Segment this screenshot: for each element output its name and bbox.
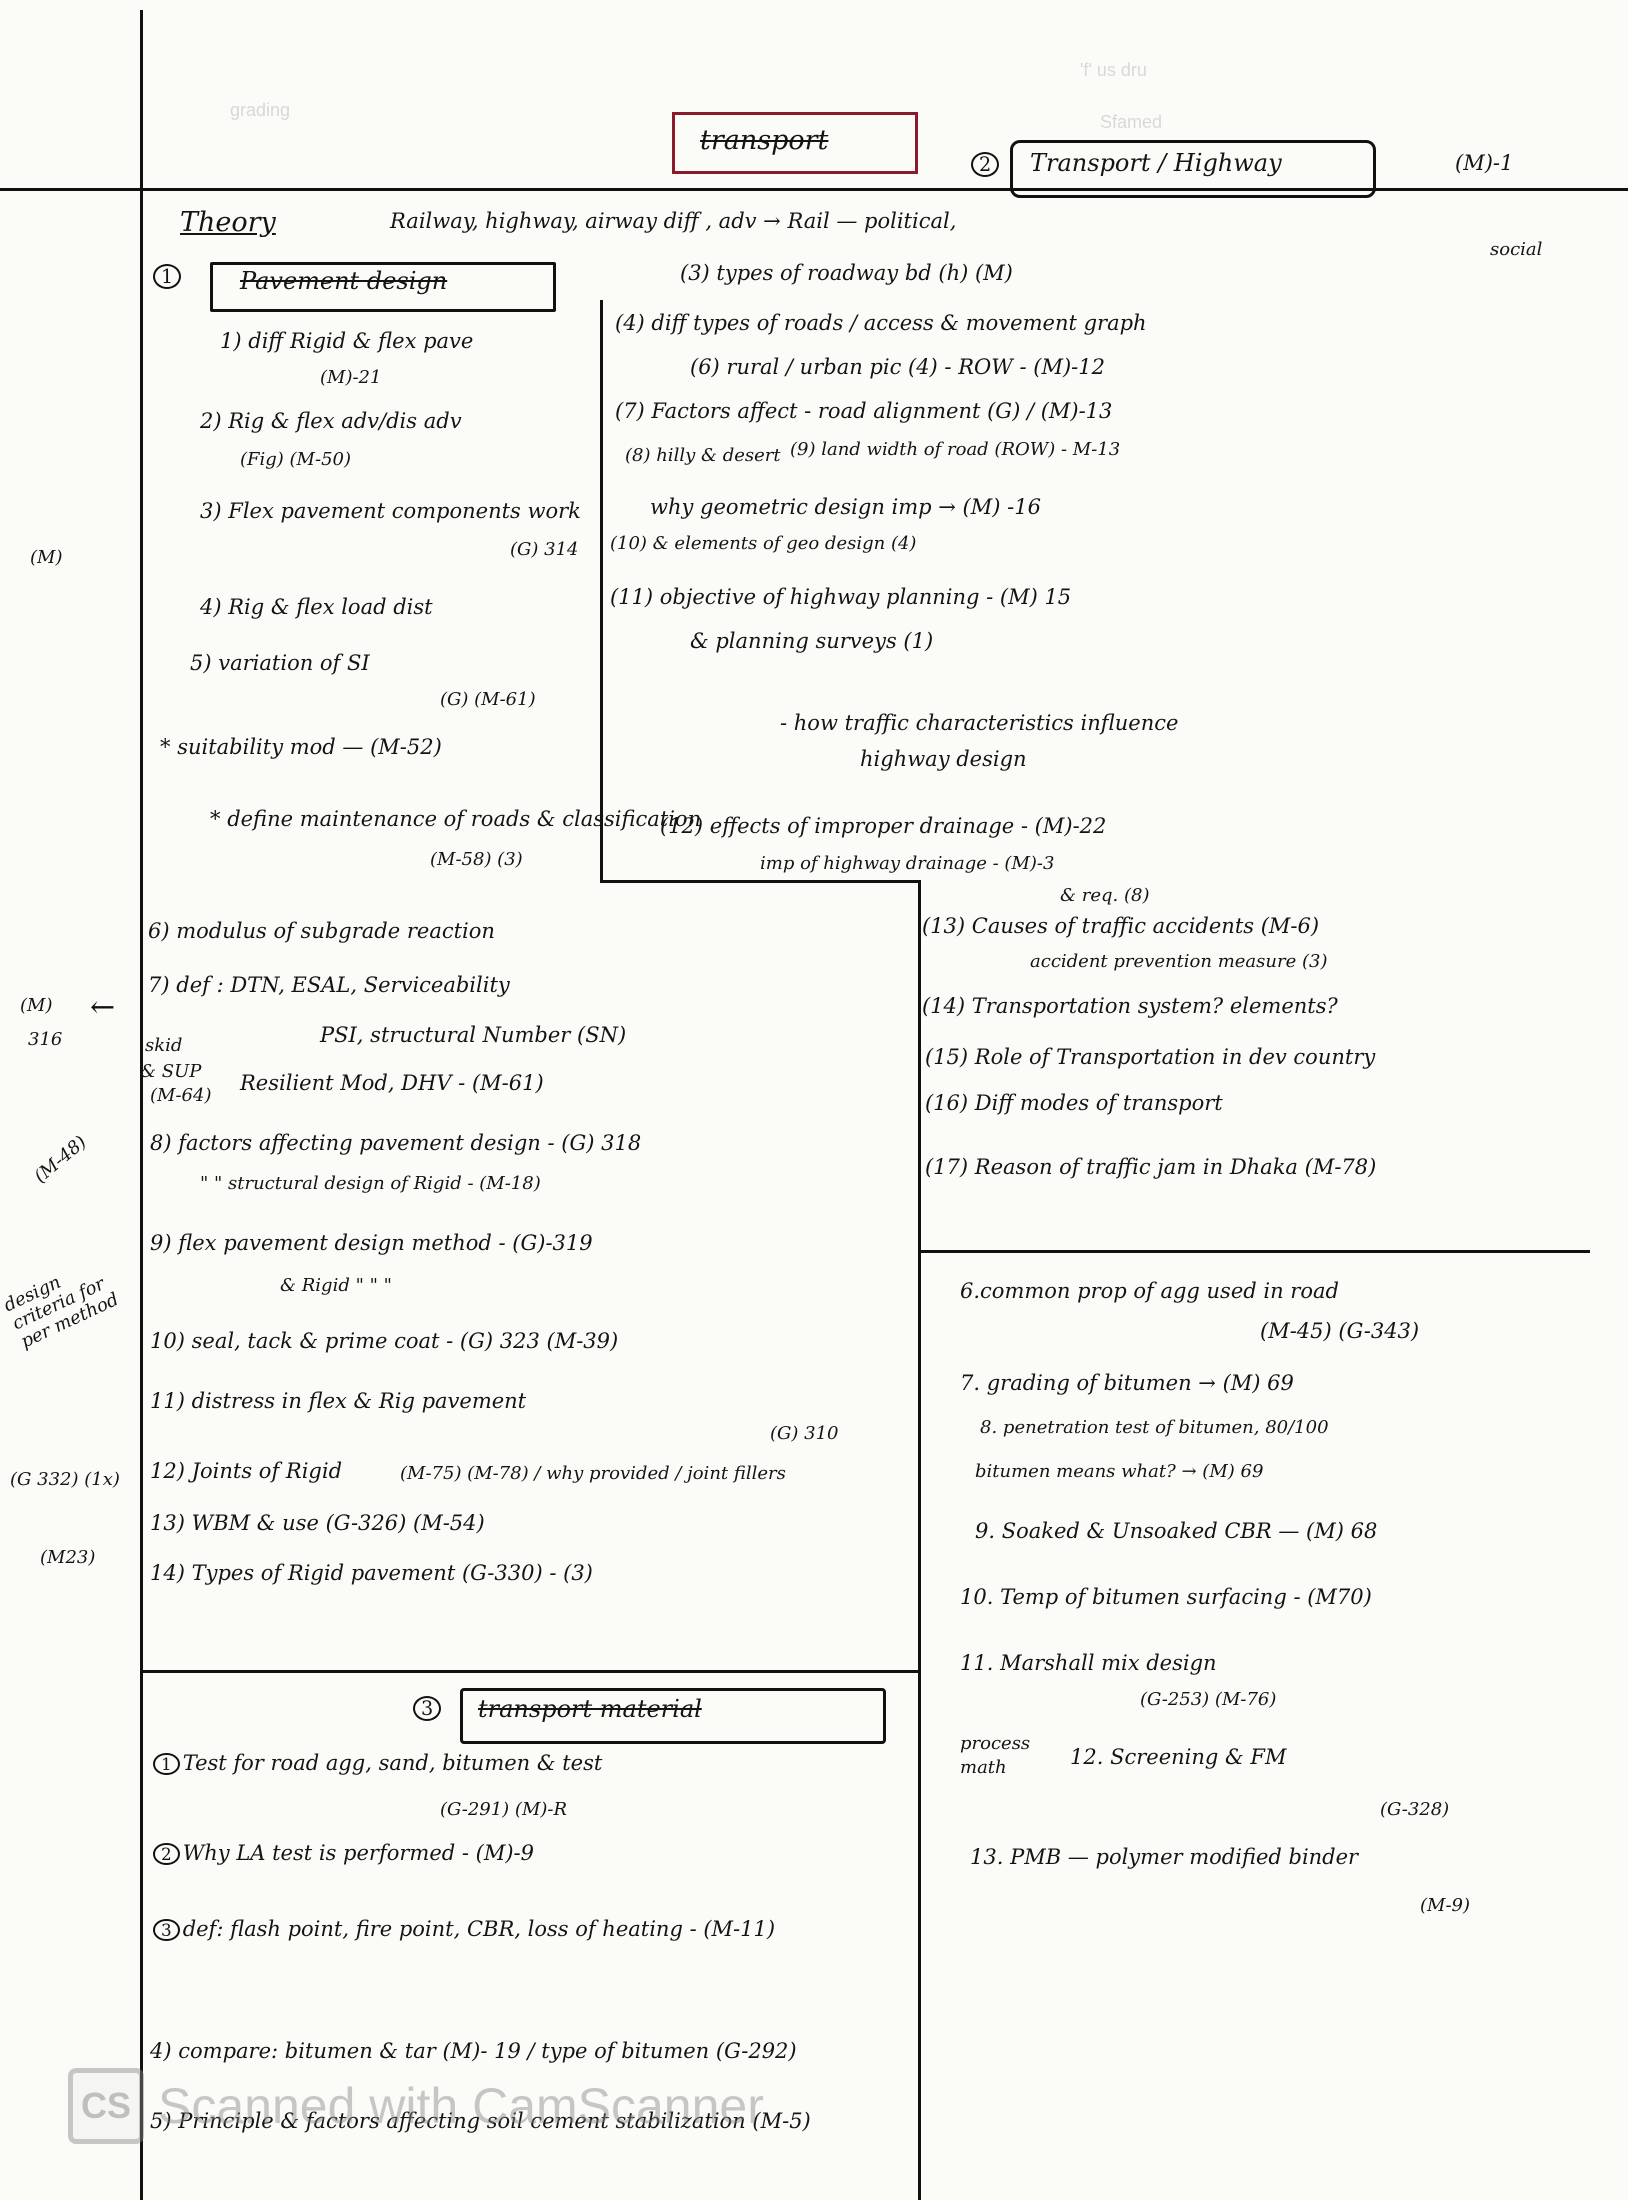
pavement-item-12-ref: (M-75) (M-78) / why provided / joint fil… — [400, 1464, 786, 1484]
pavement-item-11-ref: (G) 310 — [770, 1424, 839, 1444]
traffic-note-a: - how traffic characteristics influence — [780, 712, 1178, 735]
theory-item-12c: & req. (8) — [1060, 886, 1149, 906]
transport-material-title: transport material — [478, 1696, 702, 1722]
theory-item-14: (14) Transportation system? elements? — [922, 995, 1338, 1018]
margin-process: process — [960, 1734, 1030, 1754]
theory-item-10: (10) & elements of geo design (4) — [610, 534, 916, 554]
margin-m-ref: (M) — [20, 996, 52, 1016]
pavement-item-maintenance-ref: (M-58) (3) — [430, 850, 523, 870]
material-item-8: 8. penetration test of bitumen, 80/100 — [980, 1418, 1329, 1438]
theory-item-13a: (13) Causes of traffic accidents (M-6) — [922, 915, 1319, 938]
pavement-item-3-ref: (G) 314 — [510, 540, 579, 560]
left-margin-line — [140, 10, 143, 2200]
material-item-11: 11. Marshall mix design — [960, 1652, 1217, 1675]
pavement-item-7-c: Resilient Mod, DHV - (M-61) — [240, 1072, 544, 1095]
pavement-item-6: 6) modulus of subgrade reaction — [148, 920, 495, 943]
theory-item-15: (15) Role of Transportation in dev count… — [925, 1046, 1375, 1069]
margin-math: math — [960, 1758, 1007, 1778]
tm-item-2: 2Why LA test is performed - (M)-9 — [150, 1842, 534, 1865]
bleed-through-text: 'f' us dru — [1080, 60, 1147, 81]
margin-design-criteria: design criteria for per method — [1, 1247, 135, 1352]
material-item-9: 9. Soaked & Unsoaked CBR — (M) 68 — [975, 1520, 1377, 1543]
theory-item-1: Railway, highway, airway diff , adv → Ra… — [390, 210, 956, 233]
theory-item-17: (17) Reason of traffic jam in Dhaka (M-7… — [925, 1156, 1376, 1179]
tm-item-1-ref: (G-291) (M)-R — [440, 1800, 567, 1820]
transport-material-number: 3 — [410, 1694, 444, 1721]
pavement-item-1: 1) diff Rigid & flex pave — [220, 330, 473, 353]
pavement-item-13: 13) WBM & use (G-326) (M-54) — [150, 1512, 485, 1535]
section-2-number: 2 — [968, 150, 1002, 177]
theory-item-6: (6) rural / urban pic (4) - ROW - (M)-12 — [690, 356, 1105, 379]
material-item-13-ref: (M-9) — [1420, 1896, 1470, 1916]
theory-item-3: (3) types of roadway bd (h) (M) — [680, 262, 1013, 285]
theory-item-4: (4) diff types of roads / access & movem… — [615, 312, 1147, 335]
theory-item-13b: accident prevention measure (3) — [1030, 952, 1327, 972]
pavement-item-2-ref: (Fig) (M-50) — [240, 450, 351, 470]
material-item-8-b: bitumen means what? → (M) 69 — [975, 1462, 1263, 1482]
page-title: transport — [700, 126, 828, 156]
pavement-item-9-b: & Rigid " " " — [280, 1276, 392, 1296]
margin-m-page: 316 — [28, 1030, 62, 1050]
arrow-left-icon: ← — [90, 990, 115, 1025]
material-item-10: 10. Temp of bitumen surfacing - (M70) — [960, 1586, 1372, 1609]
theory-item-1-cont: social — [1490, 240, 1542, 260]
theory-column-divider — [600, 300, 603, 880]
pavement-item-14: 14) Types of Rigid pavement (G-330) - (3… — [150, 1562, 593, 1585]
pavement-design-title: Pavement design — [240, 268, 447, 294]
margin-g332: (G 332) (1x) — [10, 1470, 120, 1490]
tm-item-4: 4) compare: bitumen & tar (M)- 19 / type… — [150, 2040, 797, 2063]
pavement-item-4: 4) Rig & flex load dist — [200, 596, 433, 619]
pavement-item-9: 9) flex pavement design method - (G)-319 — [150, 1232, 593, 1255]
pavement-item-2: 2) Rig & flex adv/dis adv — [200, 410, 462, 433]
theory-item-8: (8) hilly & desert — [625, 446, 781, 466]
margin-m-loop: (M) — [30, 548, 62, 568]
pavement-item-11: 11) distress in flex & Rig pavement — [150, 1390, 526, 1413]
material-item-11-ref: (G-253) (M-76) — [1140, 1690, 1276, 1710]
pavement-item-5-ref: (G) (M-61) — [440, 690, 536, 710]
camscanner-text: Scanned with CamScanner — [158, 2077, 764, 2135]
pavement-box-top — [600, 880, 920, 883]
bleed-through-text: grading — [230, 100, 290, 121]
theory-item-9: (9) land width of road (ROW) - M-13 — [790, 440, 1120, 460]
pavement-item-7-b: PSI, structural Number (SN) — [320, 1024, 626, 1047]
theory-item-12a: (12) effects of improper drainage - (M)-… — [660, 815, 1106, 838]
traffic-note-b: highway design — [860, 748, 1027, 771]
material-item-6-ref: (M-45) (G-343) — [1260, 1320, 1419, 1343]
margin-m48: (M-48) — [31, 1133, 91, 1188]
pavement-box-right — [918, 880, 921, 2200]
tm-item-1: 1Test for road agg, sand, bitumen & test — [150, 1752, 602, 1775]
pavement-item-5: 5) variation of SI — [190, 652, 370, 675]
margin-m23: (M23) — [40, 1548, 95, 1568]
pavement-item-1-ref: (M)-21 — [320, 368, 381, 388]
section-2-ref: (M)-1 — [1455, 152, 1513, 175]
pavement-item-7: 7) def : DTN, ESAL, Serviceability — [148, 974, 510, 997]
material-section-divider — [140, 1670, 920, 1673]
theory-item-11a: (11) objective of highway planning - (M)… — [610, 586, 1071, 609]
pavement-item-3: 3) Flex pavement components work — [200, 500, 581, 523]
header-divider — [0, 188, 1628, 191]
theory-item-12b: imp of highway drainage - (M)-3 — [760, 854, 1054, 874]
tm-item-3: 3def: flash point, fire point, CBR, loss… — [150, 1918, 775, 1941]
pavement-item-8: 8) factors affecting pavement design - (… — [150, 1132, 641, 1155]
pavement-design-number: 1 — [150, 262, 184, 289]
margin-skid-ref: (M-64) — [150, 1086, 211, 1106]
material-item-6: 6.common prop of agg used in road — [960, 1280, 1339, 1303]
material-item-13: 13. PMB — polymer modified binder — [970, 1846, 1358, 1869]
theory-item-7: (7) Factors affect - road alignment (G) … — [615, 400, 1112, 423]
material-item-12-ref: (G-328) — [1380, 1800, 1449, 1820]
margin-skid: skid — [145, 1036, 182, 1056]
camscanner-watermark: CS Scanned with CamScanner — [68, 2068, 764, 2144]
right-section-divider — [920, 1250, 1590, 1253]
pavement-item-maintenance: * define maintenance of roads & classifi… — [210, 808, 701, 831]
bleed-through-text: Sfamed — [1100, 112, 1162, 133]
theory-item-16: (16) Diff modes of transport — [925, 1092, 1223, 1115]
camscanner-logo-icon: CS — [68, 2068, 144, 2144]
pavement-item-suitability: * suitability mod — (M-52) — [160, 736, 442, 759]
pavement-item-12: 12) Joints of Rigid — [150, 1460, 342, 1483]
pavement-item-10: 10) seal, tack & prime coat - (G) 323 (M… — [150, 1330, 618, 1353]
material-item-7: 7. grading of bitumen → (M) 69 — [960, 1372, 1294, 1395]
theory-item-9b: why geometric design imp → (M) -16 — [650, 496, 1041, 519]
theory-item-11b: & planning surveys (1) — [690, 630, 933, 653]
material-item-12: 12. Screening & FM — [1070, 1746, 1286, 1769]
margin-skid-sup: & SUP — [140, 1062, 201, 1082]
pavement-item-8-b: " " structural design of Rigid - (M-18) — [200, 1174, 541, 1194]
section-2-title: Transport / Highway — [1030, 150, 1282, 176]
theory-label: Theory — [180, 208, 276, 238]
